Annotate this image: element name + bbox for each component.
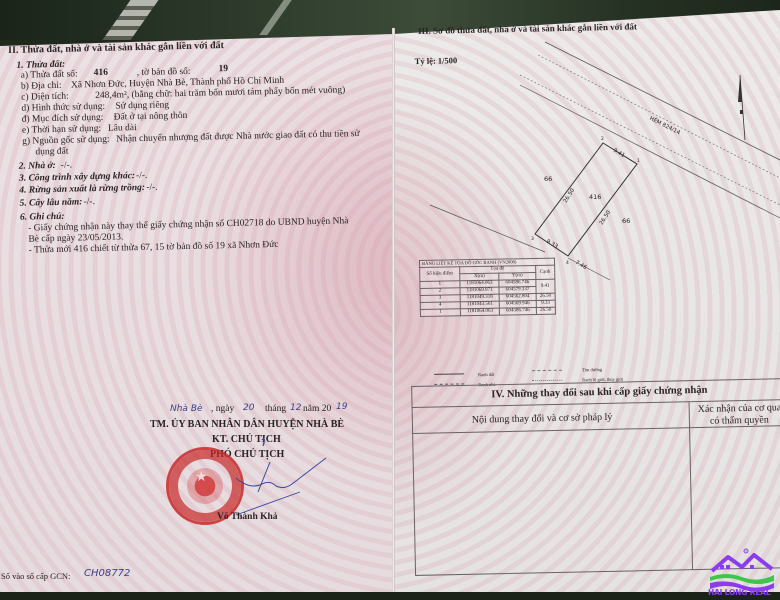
coordinate-table: BẢNG LIỆT KÊ TỌA ĐỘ GÓC RANH (VN2000) Số… xyxy=(419,258,556,317)
corner-3: 3 xyxy=(531,234,534,245)
col-point: Số hiệu điểm xyxy=(420,267,460,282)
col-edge: Cạnh xyxy=(535,265,555,279)
coord-y: 604586.746 xyxy=(500,307,536,315)
neighbor-parcel-right: 66 xyxy=(622,216,630,227)
corner-1: 1 xyxy=(637,156,640,167)
change-content-cell[interactable] xyxy=(413,428,691,575)
parcel-number-label-map: 416 xyxy=(589,192,601,203)
edge-length-top: 9.41 xyxy=(611,146,627,162)
edge-length-bottom: 9.33 xyxy=(544,237,560,253)
edge-length-extension: 7.46 xyxy=(573,258,589,274)
point-id: 1 xyxy=(420,309,460,317)
edge-length-right: 26.50 xyxy=(597,209,615,228)
logo-brand-text: HAI LONG REAL xyxy=(708,588,770,597)
corner-4: 4 xyxy=(566,258,569,269)
coord-x: 1181064.063 xyxy=(460,308,500,316)
legend-dashdot-line xyxy=(532,370,562,372)
legend-solid-line xyxy=(434,373,464,375)
edge-length-left: 26.50 xyxy=(561,187,579,206)
edge-length: 26.50 xyxy=(536,307,555,314)
corner-2: 2 xyxy=(601,134,604,145)
col-authority-confirm: Xác nhận của cơ qua xyxy=(698,402,780,415)
road-label: HẺM 824/14 xyxy=(647,114,682,139)
edge-length: 9.41 xyxy=(535,279,555,293)
neighbor-parcel-left: 66 xyxy=(544,174,552,185)
col-authority-confirm-cont: có thẩm quyền xyxy=(710,415,769,427)
